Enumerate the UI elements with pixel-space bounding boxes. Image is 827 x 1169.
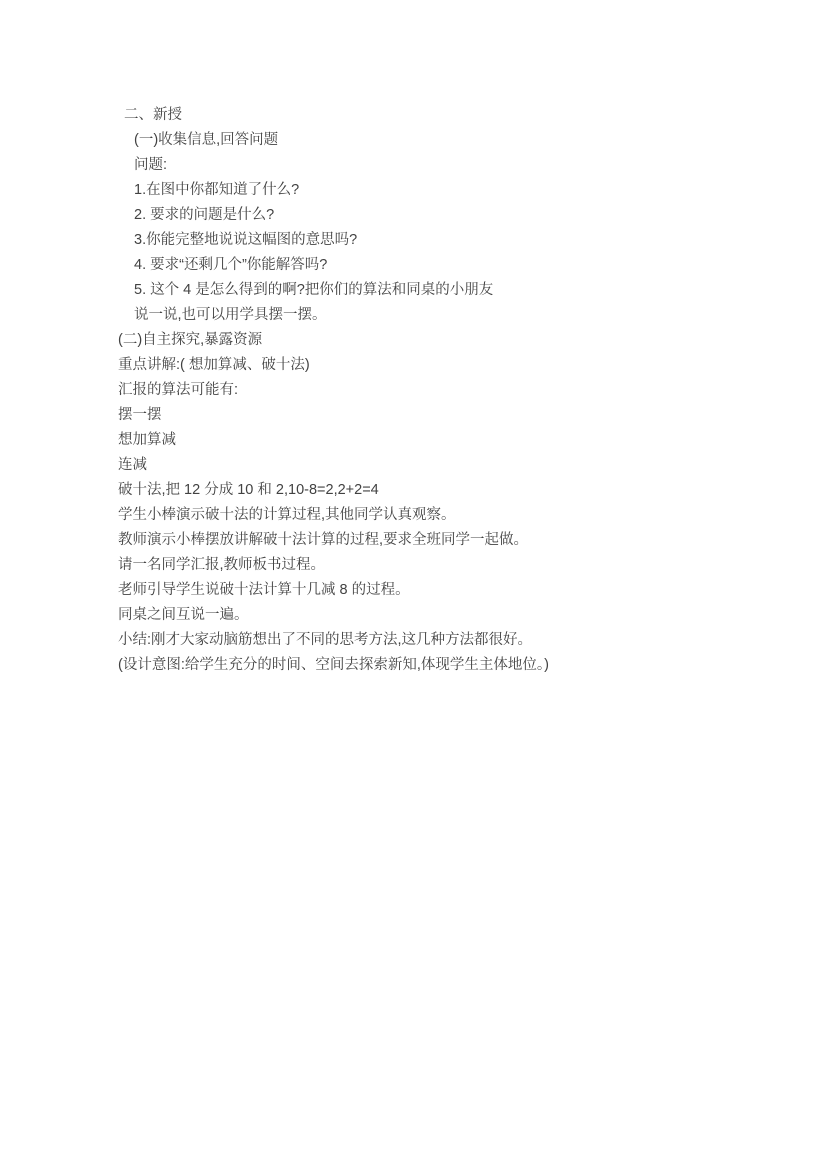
question-item-3: 3.你能完整地说说这幅图的意思吗? bbox=[134, 228, 738, 253]
question-item-1: 1.在图中你都知道了什么? bbox=[134, 178, 738, 203]
text-line: 说一说,也可以用学具摆一摆。 bbox=[134, 303, 738, 328]
text-line: 学生小棒演示破十法的计算过程,其他同学认真观察。 bbox=[118, 503, 738, 528]
text-line: 同桌之间互说一遍。 bbox=[118, 603, 738, 628]
document-text-block: 二、新授 (一)收集信息,回答问题 问题: 1.在图中你都知道了什么? 2. 要… bbox=[118, 103, 738, 678]
text-line: 老师引导学生说破十法计算十几减 8 的过程。 bbox=[118, 578, 738, 603]
document-page: 二、新授 (一)收集信息,回答问题 问题: 1.在图中你都知道了什么? 2. 要… bbox=[0, 0, 827, 1169]
text-line: 想加算减 bbox=[118, 428, 738, 453]
text-line: 教师演示小棒摆放讲解破十法计算的过程,要求全班同学一起做。 bbox=[118, 528, 738, 553]
text-line: 问题: bbox=[134, 153, 738, 178]
subsection-heading: (二)自主探究,暴露资源 bbox=[118, 328, 738, 353]
summary-line: 小结:刚才大家动脑筋想出了不同的思考方法,这几种方法都很好。 bbox=[118, 628, 738, 653]
text-line: 请一名同学汇报,教师板书过程。 bbox=[118, 553, 738, 578]
text-line: 重点讲解:( 想加算减、破十法) bbox=[118, 353, 738, 378]
text-line: 破十法,把 12 分成 10 和 2,10-8=2,2+2=4 bbox=[118, 478, 738, 503]
subsection-heading: (一)收集信息,回答问题 bbox=[134, 128, 738, 153]
design-intent-line: (设计意图:给学生充分的时间、空间去探索新知,体现学生主体地位。) bbox=[118, 653, 738, 678]
question-item-5: 5. 这个 4 是怎么得到的啊?把你们的算法和同桌的小朋友 bbox=[134, 278, 738, 303]
text-line: 摆一摆 bbox=[118, 403, 738, 428]
text-line: 汇报的算法可能有: bbox=[118, 378, 738, 403]
text-line: 连减 bbox=[118, 453, 738, 478]
section-heading: 二、新授 bbox=[124, 103, 738, 128]
question-item-2: 2. 要求的问题是什么? bbox=[134, 203, 738, 228]
question-item-4: 4. 要求“还剩几个”你能解答吗? bbox=[134, 253, 738, 278]
